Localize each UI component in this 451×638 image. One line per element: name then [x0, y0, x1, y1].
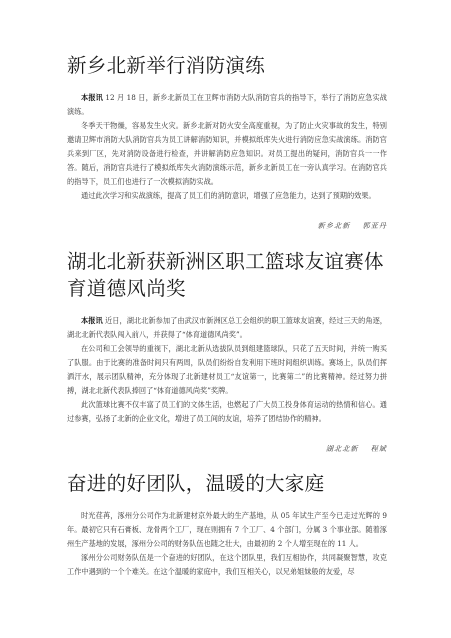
paragraph: 通过此次学习和实战演练，提高了员工们的消防意识，增强了应急能力，达到了预期的效果…	[67, 189, 387, 203]
article-title: 奋进的好团队，温暖的大家庭	[67, 470, 387, 497]
byline-org: 新乡北新	[318, 221, 351, 230]
article-fire-drill: 新乡北新举行消防演练 本报讯 12 月 18 日，新乡北新员工在卫辉市消防大队消…	[67, 52, 387, 231]
paragraph: 涿州分公司财务队伍是一个奋进的好团队，在这个团队里，我们互相协作，共同凝聚智慧，…	[67, 551, 387, 579]
paragraph: 此次篮球比赛不仅丰富了员工们的文体生活，也燃起了广大员工投身体育运动的热情和信心…	[67, 398, 387, 426]
byline-author: 程斌	[371, 444, 387, 453]
article-title: 湖北北新获新洲区职工篮球友谊赛体育道德风尚奖	[67, 248, 387, 302]
paragraph: 本报讯 近日，湖北北新参加了由武汉市新洲区总工会组织的职工篮球友谊赛，经过三天的…	[67, 314, 387, 342]
byline-author: 郭亚丹	[362, 221, 387, 230]
paragraph: 本报讯 12 月 18 日，新乡北新员工在卫辉市消防大队消防官兵的指导下，举行了…	[67, 91, 387, 119]
lead-label: 本报讯	[81, 93, 103, 102]
byline: 新乡北新郭亚丹	[67, 221, 387, 231]
article-basketball: 湖北北新获新洲区职工篮球友谊赛体育道德风尚奖 本报讯 近日，湖北北新参加了由武汉…	[67, 248, 387, 454]
article-body: 本报讯 12 月 18 日，新乡北新员工在卫辉市消防大队消防官兵的指导下，举行了…	[67, 91, 387, 203]
document-page: 新乡北新举行消防演练 本报讯 12 月 18 日，新乡北新员工在卫辉市消防大队消…	[0, 0, 451, 638]
article-team: 奋进的好团队，温暖的大家庭 时光荏苒，涿州分公司作为北新建材京外最大的生产基地，…	[67, 470, 387, 579]
article-body: 本报讯 近日，湖北北新参加了由武汉市新洲区总工会组织的职工篮球友谊赛，经过三天的…	[67, 314, 387, 426]
paragraph: 在公司和工会领导的重视下，湖北北新从选拔队员到组建篮球队，只花了五天时间，并统一…	[67, 342, 387, 398]
paragraph: 冬季天干物燥，容易发生火灾。新乡北新对防火安全高度重视，为了防止火灾事故的发生，…	[67, 119, 387, 189]
byline-org: 湖北北新	[326, 444, 359, 453]
article-body: 时光荏苒，涿州分公司作为北新建材京外最大的生产基地，从 05 年试生产至今已走过…	[67, 509, 387, 579]
byline: 湖北北新程斌	[67, 444, 387, 454]
paragraph: 时光荏苒，涿州分公司作为北新建材京外最大的生产基地，从 05 年试生产至今已走过…	[67, 509, 387, 551]
lead-label: 本报讯	[81, 316, 103, 325]
article-title: 新乡北新举行消防演练	[67, 52, 387, 79]
